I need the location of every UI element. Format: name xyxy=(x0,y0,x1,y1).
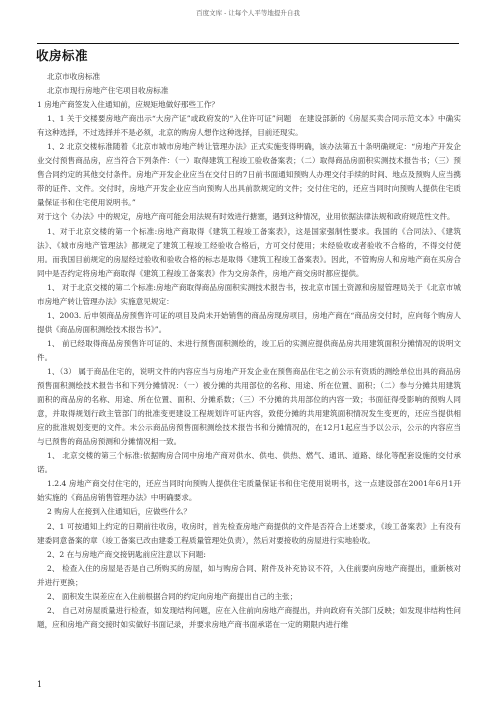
paragraph: 1、 北京交楼的第三个标准:依据购房合同中房地产商对供水、供电、供热、燃气、通讯… xyxy=(37,449,461,477)
paragraph: 1 房地产商签发入住通知前，应规矩地做好那些工作？ xyxy=(37,98,461,112)
paragraph: 对于这个《办法》中的规定，房地产商可能会用法规有时效进行搪塞，遇到这种情况，业用… xyxy=(37,210,461,224)
paragraph: 2、2 在与房地产商交接钥匙前应注意以下问题: xyxy=(37,548,461,562)
paragraph: 2 购房人在接到入住通知后，应做些什么？ xyxy=(37,505,461,519)
paragraph: 北京市现行房地产住宅项目收房标准 xyxy=(37,84,461,98)
paragraph: 北京市收房标准 xyxy=(37,70,461,84)
paragraph: 1、 前已经取得商品房预售许可证的、未进行预售面积测绘的，竣工后的实测应提供商品… xyxy=(37,337,461,365)
paragraph: 1、1 关于交楼要房地产商出示“大房产证”或政府发的“入住许可证”问题 在建设部… xyxy=(37,112,461,140)
document-title: 收房标准 xyxy=(36,46,88,64)
paragraph: 2、 检查入住的房屋是否是自己所购买的房屋，如与购房合同、附件及补充协议不符，入… xyxy=(37,562,461,590)
page-header-text: 百度文库 - 让每个人平等地提升自我 xyxy=(0,8,496,17)
paragraph: 1、（3） 属于商品住宅的，说明文件的内容应当与房地产开发企业在预售商品住宅之前… xyxy=(37,365,461,449)
paragraph: 1.2.4 房地产商交付住宅的，还应当同时向预购人提供住宅质量保证书和住宅使用说… xyxy=(37,477,461,505)
header-divider xyxy=(37,43,459,44)
paragraph: 2、 面积发生误差应在入住前根据合同的约定向房地产商提出自己的主张； xyxy=(37,590,461,604)
paragraph: 1、2003. 后申领商品房预售许可证的项目及尚未开始销售的商品房现房项目，房地… xyxy=(37,309,461,337)
paragraph: 1、 对于北京交楼的第二个标准:房地产商取得商品房面积实测技术报告书，按北京市国… xyxy=(37,281,461,309)
document-body: 北京市收房标准 北京市现行房地产住宅项目收房标准 1 房地产商签发入住通知前，应… xyxy=(37,70,461,632)
paragraph: 2、1 可按通知上约定的日期前往收房，收房时，首先检查房地产商提供的文件是否符合… xyxy=(37,520,461,548)
page-number: 1 xyxy=(37,680,42,689)
paragraph: 1、对于北京交楼的第一个标准:房地产商取得《建筑工程竣工备案表》，这是国家强制性… xyxy=(37,225,461,281)
paragraph: 2、 自己对房屋质量进行检查，如发现结构问题，应在入住前向房地产商提出，并向政府… xyxy=(37,604,461,632)
paragraph: 1、2 北京交楼标准随着《北京市城市房地产转让管理办法》正式实施变得明确，该办法… xyxy=(37,140,461,210)
